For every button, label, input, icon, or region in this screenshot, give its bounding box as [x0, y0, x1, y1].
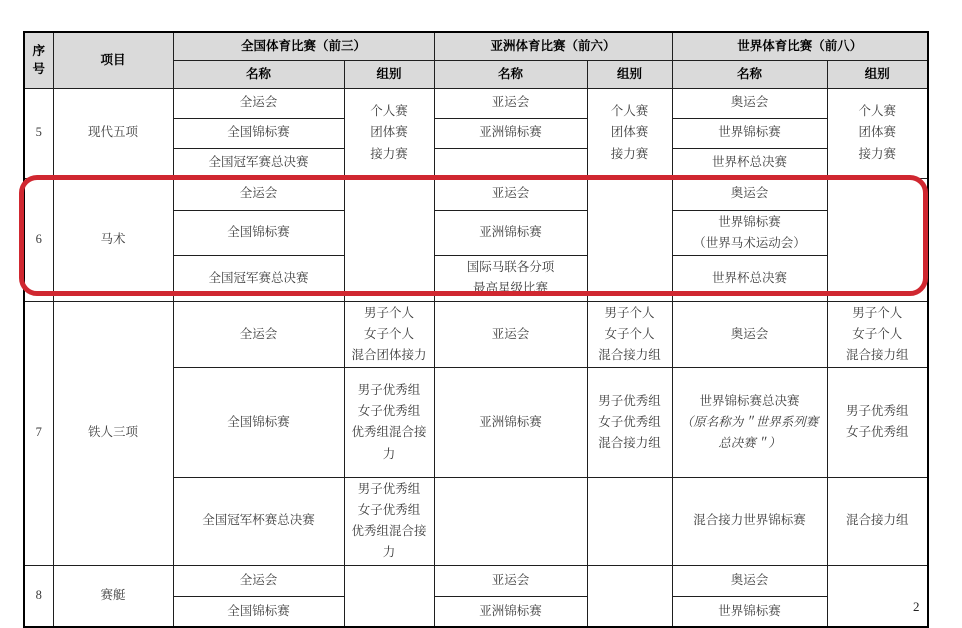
- header-national-name: 名称: [173, 60, 344, 88]
- row5-asian-name-1: 亚运会: [434, 88, 587, 118]
- row5-national-name-1: 全运会: [173, 88, 344, 118]
- row7-world-name-2-note: （原名称为＂世界系列赛 总决赛＂）: [676, 412, 824, 455]
- row7-asian-group-2: 男子优秀组 女子优秀组 混合接力组: [587, 368, 672, 477]
- row7-world-group-2: 男子优秀组 女子优秀组: [827, 368, 928, 477]
- row6-world-name-1: 奥运会: [672, 178, 827, 210]
- row8-world-name-2: 世界锦标赛: [672, 596, 827, 627]
- row7-item: 铁人三项: [53, 301, 173, 565]
- row6-national-name-2: 全国锦标赛: [173, 210, 344, 256]
- row6-asian-name-2: 亚洲锦标赛: [434, 210, 587, 256]
- row5-asian-group: 个人赛 团体赛 接力赛: [587, 88, 672, 178]
- row7-asian-name-3-empty: [434, 477, 587, 565]
- row7-asian-name-1: 亚运会: [434, 301, 587, 368]
- row6-world-name-3: 世界杯总决赛: [672, 256, 827, 302]
- row8-world-name-1: 奥运会: [672, 565, 827, 596]
- row6-world-name-2: 世界锦标赛 （世界马术运动会）: [672, 210, 827, 256]
- document-page: 序 号 项目 全国体育比赛（前三） 亚洲体育比赛（前六） 世界体育比赛（前八） …: [0, 0, 962, 628]
- row7-national-group-3: 男子优秀组 女子优秀组 优秀组混合接 力: [344, 477, 434, 565]
- row7-national-name-2: 全国锦标赛: [173, 368, 344, 477]
- row7-world-name-1: 奥运会: [672, 301, 827, 368]
- row6-world-group-empty: [827, 178, 928, 301]
- page-number: 2: [913, 599, 920, 615]
- row7-national-group-1: 男子个人 女子个人 混合团体接力: [344, 301, 434, 368]
- header-serial: 序 号: [24, 32, 53, 88]
- row7-asian-group-3-empty: [587, 477, 672, 565]
- row5-world-name-2: 世界锦标赛: [672, 118, 827, 148]
- row8-asian-group-empty: [587, 565, 672, 627]
- row5-serial: 5: [24, 88, 53, 178]
- row8-world-group-empty: [827, 565, 928, 627]
- row8-asian-name-1: 亚运会: [434, 565, 587, 596]
- row7-national-group-2: 男子优秀组 女子优秀组 优秀组混合接 力: [344, 368, 434, 477]
- header-world-name: 名称: [672, 60, 827, 88]
- header-national-category: 组别: [344, 60, 434, 88]
- row7-world-group-1: 男子个人 女子个人 混合接力组: [827, 301, 928, 368]
- row7-asian-name-2: 亚洲锦标赛: [434, 368, 587, 477]
- row8-serial: 8: [24, 565, 53, 627]
- header-asian-category: 组别: [587, 60, 672, 88]
- row6-asian-name-1: 亚运会: [434, 178, 587, 210]
- row6-asian-name-3: 国际马联各分项 最高星级比赛: [434, 256, 587, 302]
- row8-national-group-empty: [344, 565, 434, 627]
- row8-national-name-1: 全运会: [173, 565, 344, 596]
- header-asian-name: 名称: [434, 60, 587, 88]
- header-asian-group: 亚洲体育比赛（前六）: [434, 32, 672, 60]
- row5-item: 现代五项: [53, 88, 173, 178]
- row5-world-name-1: 奥运会: [672, 88, 827, 118]
- row7-world-name-2: 世界锦标赛总决赛 （原名称为＂世界系列赛 总决赛＂）: [672, 368, 827, 477]
- row7-world-name-2-main: 世界锦标赛总决赛: [699, 394, 799, 408]
- row8-national-name-2: 全国锦标赛: [173, 596, 344, 627]
- row6-asian-group-empty: [587, 178, 672, 301]
- row5-world-name-3: 世界杯总决赛: [672, 148, 827, 178]
- header-item: 项目: [53, 32, 173, 88]
- header-national-group: 全国体育比赛（前三）: [173, 32, 434, 60]
- row8-item: 赛艇: [53, 565, 173, 627]
- row5-asian-name-2: 亚洲锦标赛: [434, 118, 587, 148]
- row6-national-group-empty: [344, 178, 434, 301]
- row7-serial: 7: [24, 301, 53, 565]
- row7-world-group-3: 混合接力组: [827, 477, 928, 565]
- row5-national-name-3: 全国冠军赛总决赛: [173, 148, 344, 178]
- row6-national-name-3: 全国冠军赛总决赛: [173, 256, 344, 302]
- row7-world-name-3: 混合接力世界锦标赛: [672, 477, 827, 565]
- row5-national-name-2: 全国锦标赛: [173, 118, 344, 148]
- competitions-table: 序 号 项目 全国体育比赛（前三） 亚洲体育比赛（前六） 世界体育比赛（前八） …: [23, 31, 929, 628]
- row5-national-group: 个人赛 团体赛 接力赛: [344, 88, 434, 178]
- row6-national-name-1: 全运会: [173, 178, 344, 210]
- row6-serial: 6: [24, 178, 53, 301]
- row7-national-name-1: 全运会: [173, 301, 344, 368]
- row5-asian-name-3-empty: [434, 148, 587, 178]
- row7-asian-group-1: 男子个人 女子个人 混合接力组: [587, 301, 672, 368]
- row7-national-name-3: 全国冠军杯赛总决赛: [173, 477, 344, 565]
- header-world-group: 世界体育比赛（前八）: [672, 32, 928, 60]
- header-world-category: 组别: [827, 60, 928, 88]
- row5-world-group: 个人赛 团体赛 接力赛: [827, 88, 928, 178]
- row8-asian-name-2: 亚洲锦标赛: [434, 596, 587, 627]
- row6-item: 马术: [53, 178, 173, 301]
